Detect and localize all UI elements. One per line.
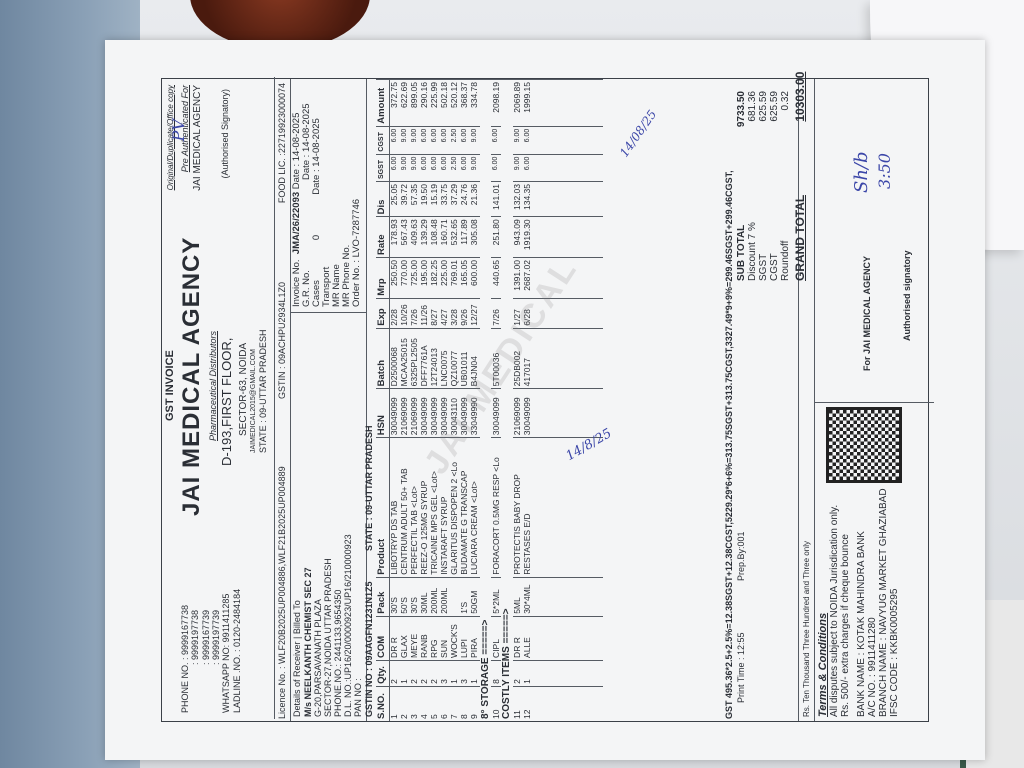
cell-sgst: 6.00 — [420, 154, 430, 181]
document-type: GST INVOICE — [164, 350, 177, 421]
phone-2: : 9999197738 — [190, 589, 200, 713]
company-address-2: SECTOR-63, NOIDA — [238, 343, 250, 436]
receiver-pan: PAN NO : — [353, 678, 363, 717]
cell-pack: 5*2ML — [491, 577, 501, 616]
landline-number: LADLINE .NO. : 0120-2484184 — [232, 589, 242, 713]
grand-total-value: 10303.00 — [793, 72, 807, 192]
cell-dis: 141.01 — [491, 182, 501, 217]
column-header-dis: Dis — [376, 182, 389, 217]
cell-com: CIPL — [491, 616, 501, 660]
cell-cgst: 6.00 — [389, 126, 400, 154]
column-header-exp: Exp — [376, 298, 389, 328]
company-email: JAIMEDICAL2015@GMAIL.COM — [250, 349, 258, 453]
phone-1: PHONE NO. : 9999167738 — [180, 589, 190, 713]
cell-qty: 1 — [470, 660, 480, 686]
prepared-by: Prep.By:001 — [736, 531, 746, 581]
column-header-com: COM — [376, 616, 389, 660]
cell-sno: 12 — [523, 686, 533, 721]
cell-sgst: 9.00 — [513, 154, 523, 181]
cell-product: RESTASES E/D — [523, 438, 533, 578]
cell-cgst: 2.50 — [450, 126, 460, 154]
column-header-sgst: SGST — [376, 154, 389, 181]
grand-total-row: GRAND TOTAL 10303.00 — [794, 72, 808, 281]
column-header-hsn: HSN — [376, 389, 389, 438]
seller-gstin: GSTIN : 09ACHPU2934L1Z0 — [277, 282, 287, 399]
cell-product: LUCIARA CREAM <Lot> — [470, 438, 480, 578]
cell-sgst: 6.00 — [440, 154, 450, 181]
total-label: Roundoff — [780, 110, 791, 281]
company-state: STATE : 09-UTTAR PRADESH — [258, 329, 268, 453]
food-licence: FOOD LIC. :22719923000074 — [277, 83, 287, 203]
handwritten-date-2: 14/08/25 — [618, 108, 660, 160]
column-header-pack: Pack — [376, 577, 389, 616]
terms-block: Terms & Conditions All disputes subject … — [818, 488, 900, 717]
column-header-amount: Amount — [376, 80, 389, 127]
receiver-state: STATE : 09-UTTAR PRADESH — [364, 425, 374, 551]
cell-qty: 1 — [523, 660, 533, 686]
totals-list: SUB TOTAL9733.50Discount 7 %681.36SGST62… — [736, 91, 791, 281]
cell-dis: 21.36 — [470, 182, 480, 217]
phone-list: PHONE NO. : 9999167738 : 9999197738 : 99… — [180, 589, 242, 713]
cell-sno: 9 — [470, 686, 480, 721]
column-header-cgst: CGST — [376, 126, 389, 154]
invoice-meta: Invoice No. JMA/26/22093 Date : 14-08-20… — [292, 103, 362, 307]
cell-sgst: 6.00 — [491, 154, 501, 181]
cell-sgst: 6.00 — [430, 154, 440, 181]
column-header-batch: Batch — [376, 328, 389, 389]
bank-name: BANK NAME : KOTAK MAHINDRA BANK — [856, 488, 867, 717]
total-row: Roundoff0.32 — [780, 91, 791, 281]
receiver-gstin: GSTIN NO : 09AAGFN1231N1Z5 — [364, 581, 374, 717]
cell-product: FORACORT 0.5MG RESP <Lo — [491, 438, 501, 578]
grand-total-label: GRAND TOTAL — [793, 195, 807, 281]
print-time: Print Time : 12:55 — [736, 632, 746, 703]
receiver-label: Details of Receiver | Billed To — [292, 600, 302, 717]
cell-pack: 200ML — [440, 577, 450, 616]
receiver-section: Details of Receiver | Billed To M/s NEEL… — [290, 79, 367, 721]
table-header: S.NO.Qty.COMPackProductHSNBatchExpMrpRat… — [376, 80, 389, 722]
cell-amount: 2098.19 — [491, 80, 501, 127]
handwritten-note-2: 3:50 — [876, 153, 894, 189]
invoice-document: PHONE NO. : 9999167738 : 9999197738 : 99… — [155, 70, 935, 730]
cell-amount: 334.78 — [470, 80, 480, 127]
cell-cgst: 6.00 — [523, 126, 533, 154]
company-name: JAI MEDICAL AGENCY — [178, 237, 206, 516]
cell-sno: 10 — [491, 686, 501, 721]
receiver-name: M/s NEELKANTH CHEMIST SEC 27 — [303, 567, 313, 717]
cell-exp: 7/26 — [491, 298, 501, 328]
cell-rate: 1919.30 — [523, 217, 533, 258]
order-no-label: Order No. — [351, 265, 362, 307]
column-header-qty: Qty. — [376, 660, 389, 686]
total-value: 9733.50 — [736, 91, 747, 127]
cell-mrp: 440.65 — [491, 258, 501, 299]
receiver-address-2: SECTOR-27,NOIDA UTTAR PRADESH — [323, 558, 333, 717]
total-row: Discount 7 %681.36 — [747, 91, 758, 281]
phone-3: : 9999167739 — [201, 589, 211, 713]
invoice-sheet: PHONE NO. : 9999167738 : 9999197738 : 99… — [105, 40, 985, 760]
total-label: SGST — [758, 122, 769, 281]
cell-cgst: 6.00 — [420, 126, 430, 154]
licence-number: Licence No. : WLF20B2025UP004886,WLF21B2… — [277, 466, 287, 719]
cell-cgst: 9.00 — [470, 126, 480, 154]
invoice-frame: PHONE NO. : 9999167738 : 9999197738 : 99… — [161, 78, 929, 722]
column-header-mrp: Mrp — [376, 258, 389, 299]
terms-line-1: All disputes subject to NOIDA Jurisdicat… — [829, 488, 840, 717]
handwritten-initials: PV — [170, 119, 188, 141]
cell-rate: 251.80 — [491, 217, 501, 258]
total-row: SGST625.59 — [758, 91, 769, 281]
terms-line-2: Rs. 500/- extra charges if cheque bounce — [840, 488, 851, 717]
cell-sgst: 9.00 — [410, 154, 420, 181]
header-section: PHONE NO. : 9999167738 : 9999197738 : 99… — [162, 79, 291, 721]
cases-date: Date : 14-08-2025 — [311, 118, 322, 235]
receiver-address-1: G-20,PARSAVANATH PLAZA — [313, 599, 323, 717]
cell-sgst: 2.50 — [450, 154, 460, 181]
cell-dis: 134.35 — [523, 182, 533, 217]
empty-row — [553, 80, 563, 722]
cell-sgst: 6.00 — [460, 154, 470, 181]
company-address-1: D-193,FIRST FLOOR, — [220, 338, 235, 466]
column-header-rate: Rate — [376, 217, 389, 258]
cell-cgst: 6.00 — [460, 126, 470, 154]
empty-row — [583, 80, 593, 722]
total-value: 0.32 — [780, 91, 791, 110]
terms-title: Terms & Conditions — [818, 488, 829, 717]
authorised-signatory-label: (Authorised Signatory) — [220, 89, 230, 179]
total-value: 681.36 — [747, 91, 758, 122]
total-row: CGST625.59 — [769, 91, 780, 281]
amount-in-words: Rs. Ten Thousand Three Hundred and Three… — [802, 541, 811, 717]
receiver-phone: PHONE.NO.: 2441133,9654350 — [333, 590, 343, 717]
empty-row — [593, 80, 603, 722]
bank-branch: BRANCH NAME : NAVYUG MARKET GHAZIABAD — [878, 488, 889, 717]
for-company-label: For JAI MEDICAL AGENCY — [862, 256, 872, 371]
cell-cgst: 6.00 — [430, 126, 440, 154]
cell-cgst: 9.00 — [410, 126, 420, 154]
cell-cgst: 6.00 — [491, 126, 501, 154]
cell-pack: 30*4ML — [523, 577, 533, 616]
payment-qr-code — [826, 407, 902, 483]
gst-summary: GST 495.36*2.5+2.5%=12.38SGST+12.38CGST,… — [724, 170, 734, 719]
cell-sgst: 6.00 — [523, 154, 533, 181]
cell-cgst: 9.00 — [513, 126, 523, 154]
total-label: SUB TOTAL — [736, 127, 747, 281]
empty-row — [543, 80, 553, 722]
bank-ifsc: IFSC CODE : KKBK0005295 — [889, 488, 900, 717]
footer-divider-2 — [814, 79, 815, 721]
cell-rate: 305.08 — [470, 217, 480, 258]
column-header-product: Product — [376, 438, 389, 578]
cell-sgst: 9.00 — [470, 154, 480, 181]
empty-row — [573, 80, 583, 722]
cell-sgst: 6.00 — [389, 154, 400, 181]
cell-exp: 12/27 — [470, 298, 480, 328]
table-row: 121ALLE30*4MLRESTASES E/D300490994170176… — [523, 80, 533, 722]
cell-hsn: 30049099 — [523, 389, 533, 438]
bank-account: A/C NO. : 9911411280 — [867, 488, 878, 717]
total-value: 625.59 — [769, 91, 780, 122]
order-number: : LVO-7287746 — [351, 199, 362, 263]
totals-block: SUB TOTAL9733.50Discount 7 %681.36SGST62… — [736, 91, 791, 281]
cell-sgst: 9.00 — [400, 154, 410, 181]
authorised-signatory: Authorised signatory — [902, 250, 912, 341]
meta-divider — [290, 312, 366, 313]
phone-4: : 9999197739 — [211, 589, 221, 713]
cell-qty: 8 — [491, 660, 501, 686]
cell-com: PIRA — [470, 616, 480, 660]
receiver-dl-number: D.L. NO.:UP16/20/0000923/UP16/210000923 — [343, 534, 353, 717]
cell-amount: 1999.15 — [523, 80, 533, 127]
cell-cgst: 6.00 — [440, 126, 450, 154]
total-label: Discount 7 % — [747, 122, 758, 281]
total-row: SUB TOTAL9733.50 — [736, 91, 747, 281]
total-value: 625.59 — [758, 91, 769, 122]
empty-row — [563, 80, 573, 722]
empty-row — [533, 80, 543, 722]
whatsapp-number: WHATSAPP NO: 9911411285 — [221, 589, 231, 713]
handwritten-note-1: Sh/b — [852, 151, 873, 193]
pre-auth-company: JAI MEDICAL AGENCY — [192, 85, 204, 191]
total-label: CGST — [769, 122, 780, 281]
column-header-sno: S.NO. — [376, 686, 389, 721]
cell-cgst: 9.00 — [400, 126, 410, 154]
footer-vertical-divider — [814, 402, 934, 403]
cell-mrp: 600.00 — [470, 258, 480, 299]
cell-pack: 50GM — [470, 577, 480, 616]
company-tagline: Pharmaceutical Distributors — [208, 331, 218, 441]
licence-row: Licence No. : WLF20B2025UP004886,WLF21B2… — [274, 77, 287, 719]
cell-com: ALLE — [523, 616, 533, 660]
